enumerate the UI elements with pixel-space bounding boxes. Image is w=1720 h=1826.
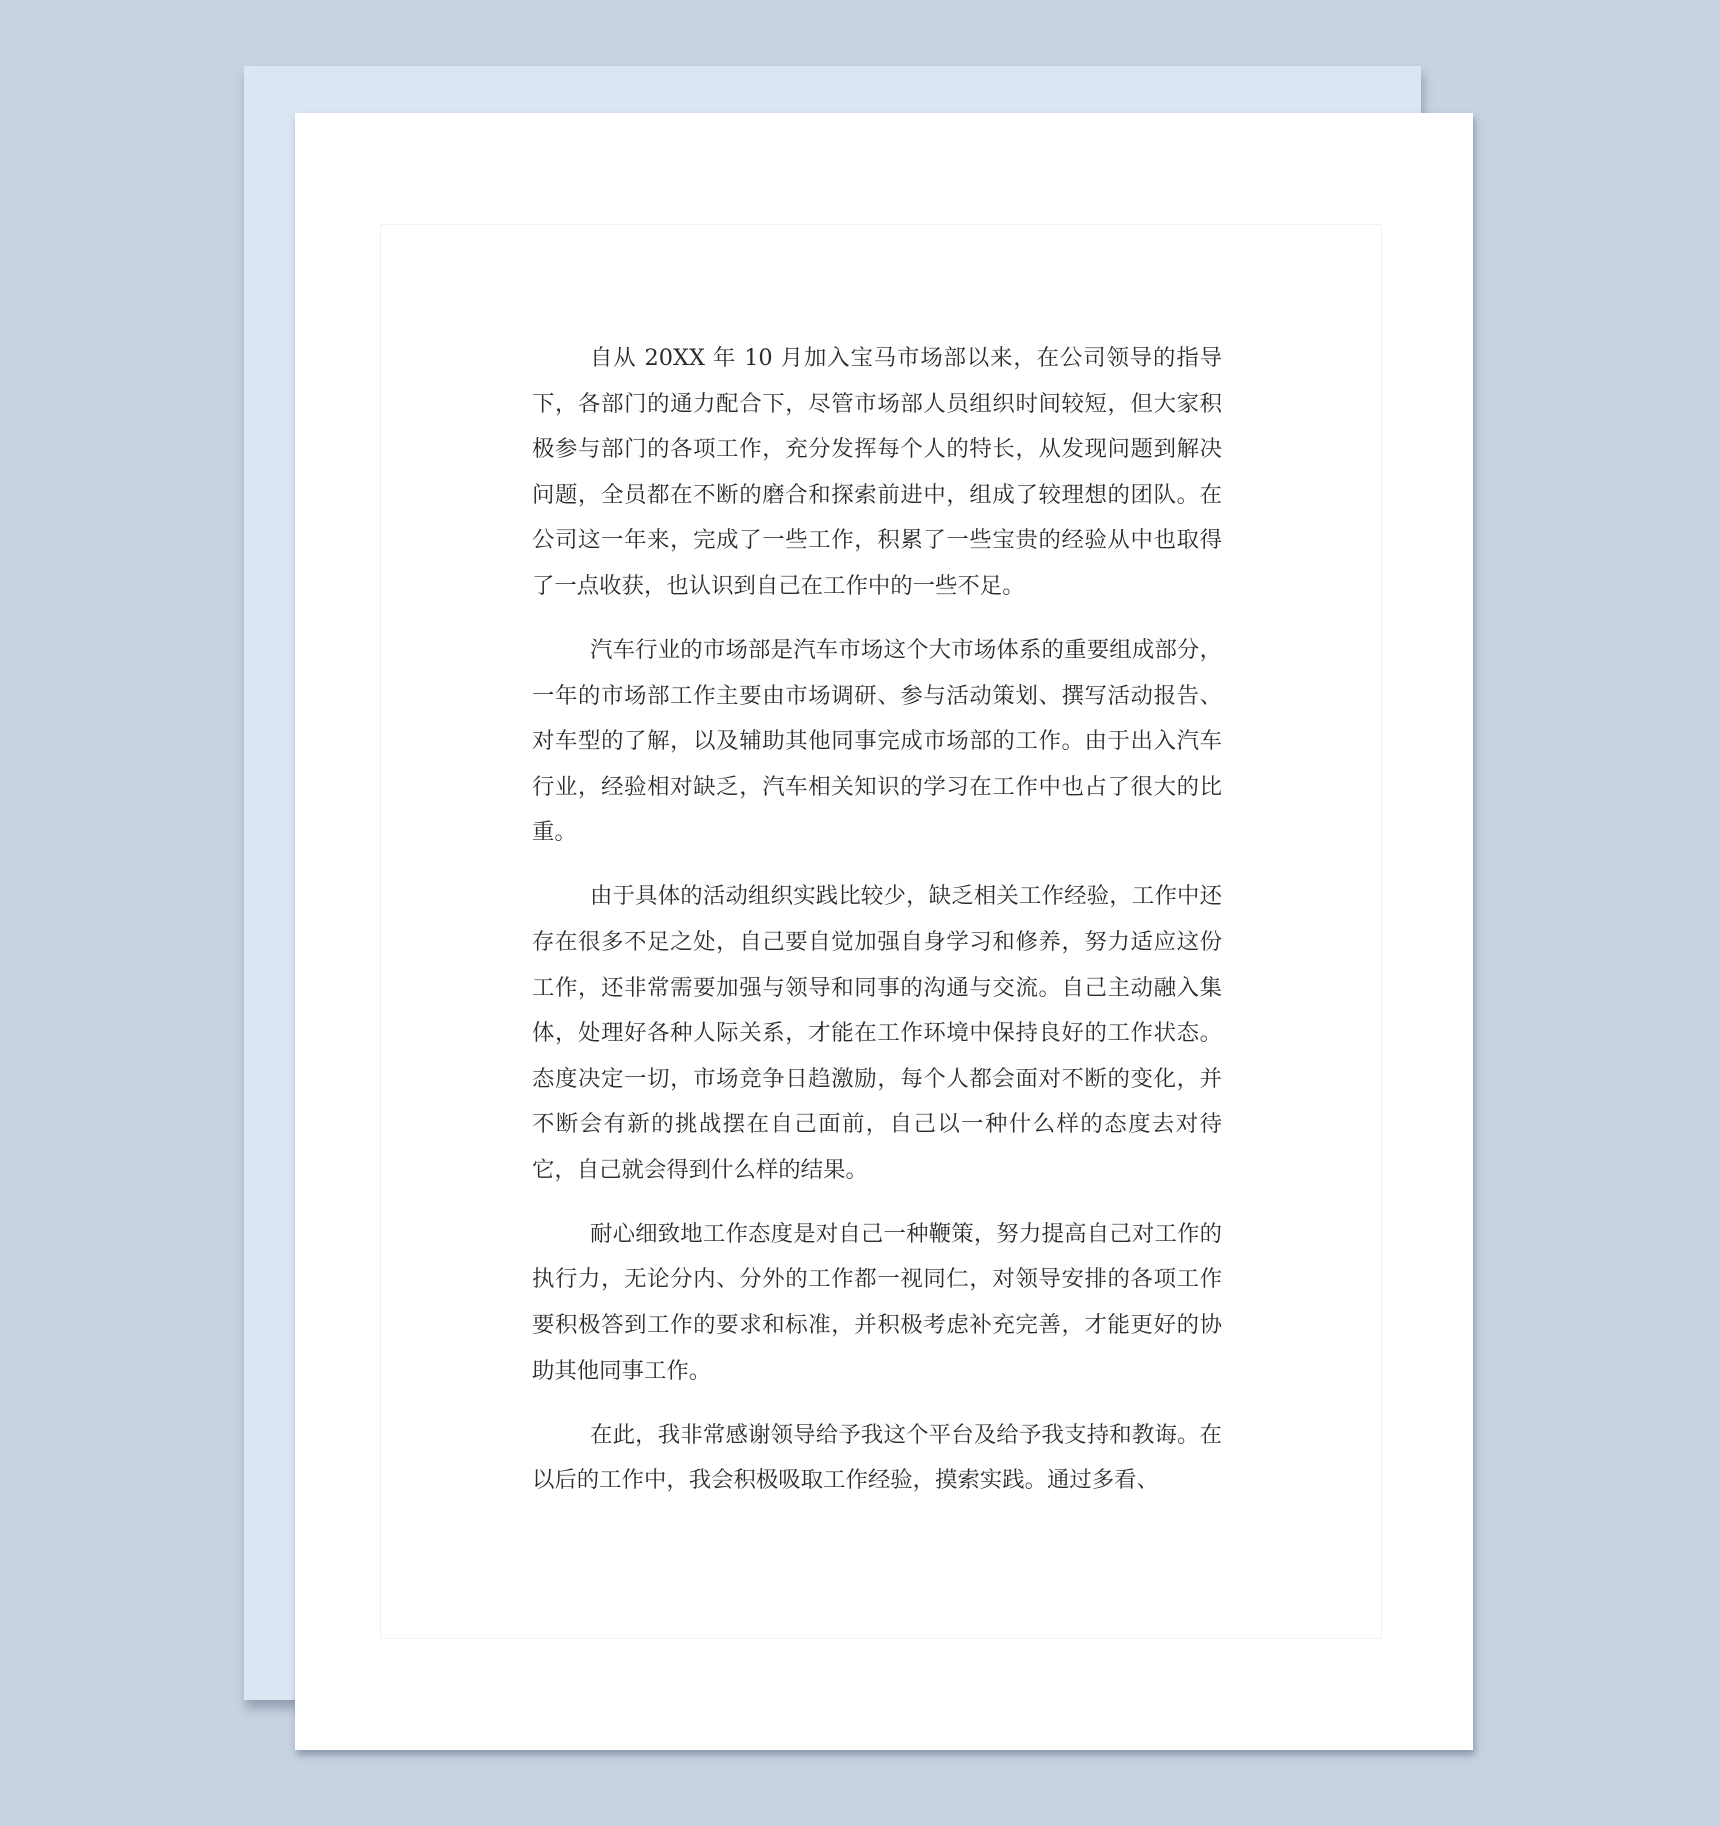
paragraph-2: 汽车行业的市场部是汽车市场这个大市场体系的重要组成部分，一年的市场部工作主要由市… xyxy=(532,628,1222,856)
document-body: 自从 20XX 年 10 月加入宝马市场部以来，在公司领导的指导下，各部门的通力… xyxy=(532,336,1222,1522)
paragraph-4: 耐心细致地工作态度是对自己一种鞭策，努力提高自己对工作的执行力，无论分内、分外的… xyxy=(532,1212,1222,1394)
paragraph-3: 由于具体的活动组织实践比较少，缺乏相关工作经验，工作中还存在很多不足之处，自己要… xyxy=(532,874,1222,1193)
document-page: 自从 20XX 年 10 月加入宝马市场部以来，在公司领导的指导下，各部门的通力… xyxy=(295,113,1473,1750)
paragraph-1: 自从 20XX 年 10 月加入宝马市场部以来，在公司领导的指导下，各部门的通力… xyxy=(532,336,1222,610)
paragraph-5: 在此，我非常感谢领导给予我这个平台及给予我支持和教诲。在以后的工作中，我会积极吸… xyxy=(532,1413,1222,1504)
